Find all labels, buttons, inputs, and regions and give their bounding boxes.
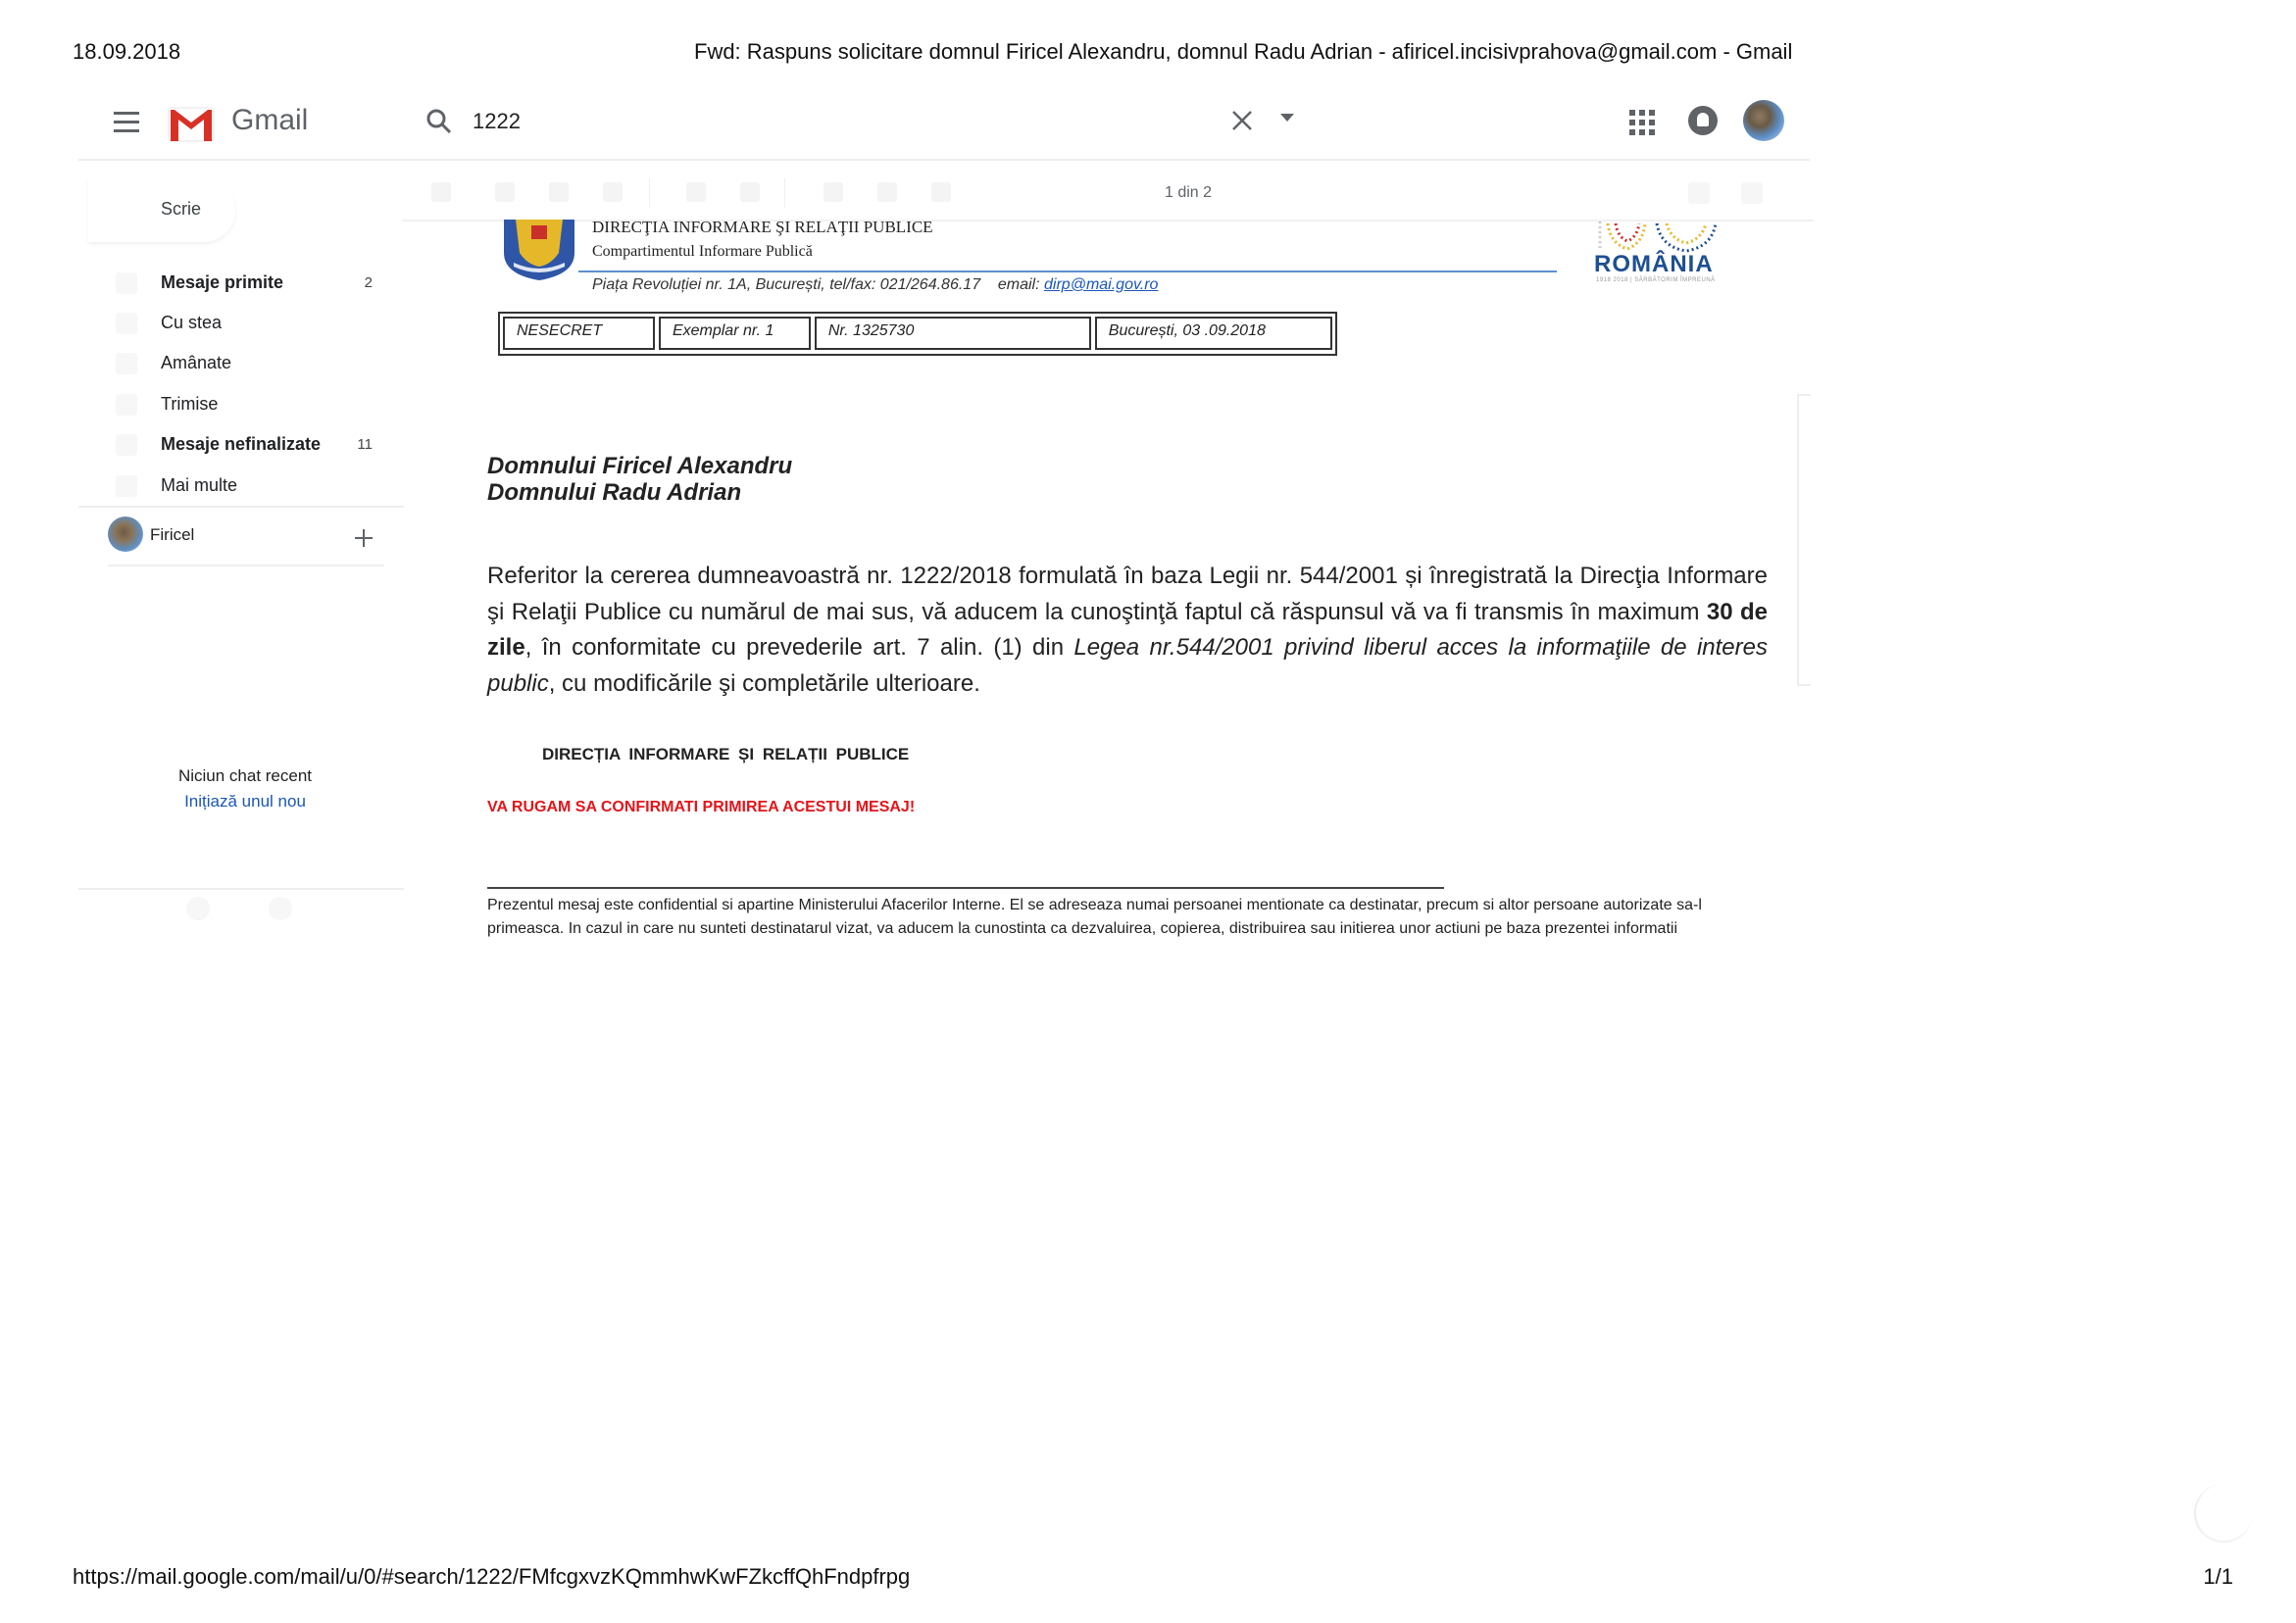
draft-icon xyxy=(116,434,137,456)
letterhead-department: Compartimentul Informare Publică xyxy=(592,243,813,261)
recipient-line: Domnului Radu Adrian xyxy=(487,479,741,507)
confidentiality-disclaimer: Prezentul mesaj este confidential si apa… xyxy=(487,894,1781,941)
letterhead-organization: DIRECŢIA INFORMARE ŞI RELAŢII PUBLICE xyxy=(592,218,933,237)
apps-icon[interactable] xyxy=(1629,110,1655,135)
move-to-icon[interactable] xyxy=(824,182,843,202)
romania-wordmark: ROMÂNIA xyxy=(1594,251,1714,278)
confirmation-request: VA RUGAM SA CONFIRMATI PRIMIREA ACESTUI … xyxy=(487,799,915,816)
letterhead-rule xyxy=(578,270,1557,272)
more-icon[interactable] xyxy=(931,182,951,202)
print-url: https://mail.google.com/mail/u/0/#search… xyxy=(73,1564,910,1590)
body-text: , cu modificările şi completările ulteri… xyxy=(549,670,980,697)
date-cell: București, 03 .09.2018 xyxy=(1095,317,1332,350)
avatar[interactable] xyxy=(1743,100,1784,141)
caret-down-icon[interactable] xyxy=(1280,114,1294,122)
close-icon[interactable] xyxy=(1227,106,1257,135)
report-spam-icon[interactable] xyxy=(549,182,569,202)
floating-button-outline xyxy=(2194,1484,2253,1543)
clock-icon xyxy=(116,353,137,374)
send-icon xyxy=(116,394,137,416)
sidebar-item-label: Mesaje primite xyxy=(161,272,283,293)
email-label: email: xyxy=(998,276,1040,293)
compose-label: Scrie xyxy=(161,199,201,220)
message-body: Referitor la cererea dumneavoastră nr. 1… xyxy=(487,559,1768,702)
print-title: Fwd: Raspuns solicitare domnul Firicel A… xyxy=(694,39,1792,65)
address-text: Piața Revoluției nr. 1A, București, tel/… xyxy=(592,276,980,293)
sidebar-item-label: Trimise xyxy=(161,394,218,415)
start-new-chat-link[interactable]: Inițiază unul nou xyxy=(78,792,412,811)
unread-count: 2 xyxy=(353,274,373,291)
expand-icon xyxy=(116,475,137,497)
notifications-icon[interactable] xyxy=(1688,106,1718,135)
email-link[interactable]: dirp@mai.gov.ro xyxy=(1044,276,1158,293)
sidebar-divider xyxy=(78,506,404,508)
hangouts-avatar[interactable] xyxy=(108,516,143,552)
recipient-line: Domnului Firicel Alexandru xyxy=(487,453,792,480)
mark-unread-icon[interactable] xyxy=(686,182,706,202)
snooze-icon[interactable] xyxy=(740,182,760,202)
pager-count: 1 din 2 xyxy=(1165,184,1212,202)
archive-icon[interactable] xyxy=(495,182,515,202)
search-input[interactable] xyxy=(473,104,1218,139)
body-text: Referitor la cererea dumneavoastră nr. 1… xyxy=(487,563,1768,625)
inbox-icon xyxy=(116,272,137,294)
sidebar-item-inbox[interactable]: Mesaje primite 2 xyxy=(78,267,373,302)
registration-number-cell: Nr. 1325730 xyxy=(815,317,1091,350)
hangouts-divider xyxy=(108,565,384,566)
sidebar-bottom-icons xyxy=(186,897,351,925)
coat-of-arms-icon xyxy=(500,220,578,280)
back-icon[interactable] xyxy=(431,182,451,202)
gmail-header: Gmail xyxy=(78,94,1810,161)
body-text: , în conformitate cu prevederile art. 7 … xyxy=(525,634,1074,661)
romania-tagline: 1918 2018 | SĂRBĂTORIM ÎMPREUNĂ xyxy=(1596,277,1716,283)
compose-button[interactable]: Scrie xyxy=(88,179,235,242)
sidebar-item-label: Mai multe xyxy=(161,475,237,496)
chat-icon[interactable] xyxy=(269,897,292,920)
sidebar-item-label: Mesaje nefinalizate xyxy=(161,434,321,455)
older-icon[interactable] xyxy=(1741,182,1763,204)
drafts-count: 11 xyxy=(353,436,373,453)
sidebar-item-label: Cu stea xyxy=(161,313,222,333)
copy-number-cell: Exemplar nr. 1 xyxy=(659,317,811,350)
hangouts-user-name[interactable]: Firicel xyxy=(150,525,194,545)
person-icon[interactable] xyxy=(186,897,210,920)
sidebar-item-label: Amânate xyxy=(161,353,231,373)
sidebar-bottom-divider xyxy=(78,888,404,890)
print-page-number: 1/1 xyxy=(2203,1564,2233,1590)
labels-icon[interactable] xyxy=(877,182,897,202)
message-toolbar xyxy=(402,165,1814,221)
side-panel-edge xyxy=(1797,394,1811,686)
newer-icon[interactable] xyxy=(1688,182,1710,204)
add-icon[interactable] xyxy=(355,529,373,547)
document-info-table: NESECRET Exemplar nr. 1 Nr. 1325730 Bucu… xyxy=(498,312,1337,356)
menu-icon[interactable] xyxy=(114,112,139,135)
print-date: 18.09.2018 xyxy=(73,39,180,65)
search-icon[interactable] xyxy=(424,106,455,137)
classification-cell: NESECRET xyxy=(503,317,655,350)
sidebar-item-drafts[interactable]: Mesaje nefinalizate 11 xyxy=(78,428,373,464)
no-chat-text: Niciun chat recent xyxy=(78,766,412,786)
sidebar-item-more[interactable]: Mai multe xyxy=(78,469,373,505)
sidebar-item-sent[interactable]: Trimise xyxy=(78,388,373,423)
sidebar-item-snoozed[interactable]: Amânate xyxy=(78,347,373,382)
toolbar-divider xyxy=(649,178,650,208)
delete-icon[interactable] xyxy=(603,182,623,202)
gmail-wordmark: Gmail xyxy=(231,104,308,137)
disclaimer-rule xyxy=(487,887,1444,889)
letterhead-address: Piața Revoluției nr. 1A, București, tel/… xyxy=(592,276,1158,294)
toolbar-divider xyxy=(784,178,785,208)
signature: DIRECȚIA INFORMARE ȘI RELAȚII PUBLICE xyxy=(542,745,909,764)
star-icon xyxy=(116,313,137,334)
sidebar-item-starred[interactable]: Cu stea xyxy=(78,307,373,342)
gmail-logo-icon[interactable] xyxy=(167,104,216,143)
